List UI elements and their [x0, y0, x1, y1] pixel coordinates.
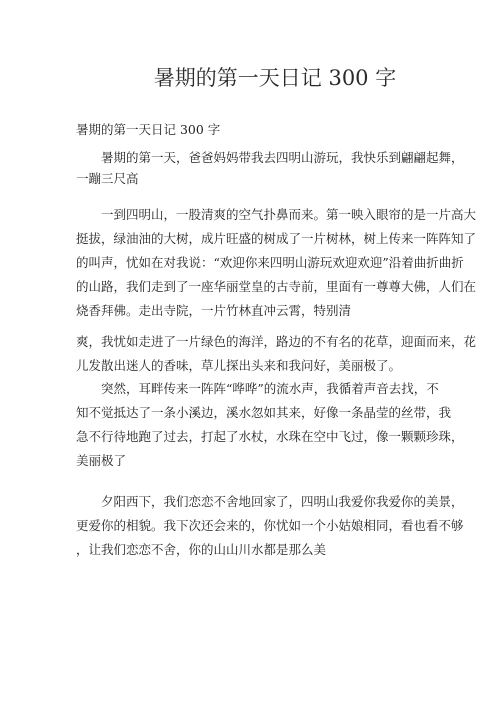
paragraph-line: 急不行待地跑了过去，打起了水杖，水珠在空中飞过，像一颗颗珍珠， — [76, 425, 436, 449]
paragraph-line: 烧香拜佛。走出寺院，一片竹林直冲云霄，特别清 — [76, 299, 436, 323]
paragraph-line: 夕阳西下，我们恋恋不舍地回家了，四明山我爱你我爱你的美景， — [76, 490, 436, 514]
paragraph-line: 更爱你的相貌。我下次还会来的，你忧如一个小姑娘相同，看也看不够 — [76, 514, 436, 538]
paragraph-line: 的叫声，忧如在对我说：“欢迎你来四明山游玩欢迎欢迎”沿着曲折曲折 — [76, 251, 436, 275]
paragraph-3: 爽，我忧如走进了一片绿色的海洋，路边的不有名的花草，迎面而来，花 儿发散出迷人的… — [76, 330, 436, 378]
paragraph-line: 儿发散出迷人的香味，草儿探出头来和我问好，美丽极了。 — [76, 354, 436, 378]
paragraph-1: 暑期的第一天，爸爸妈妈带我去四明山游玩，我快乐到翩翩起舞， 一蹦三尺高 — [76, 146, 436, 191]
paragraph-line: 的山路，我们走到了一座华丽堂皇的古寺前，里面有一尊尊大佛，人们在 — [76, 275, 436, 299]
paragraph-line: 突然，耳畔传来一阵阵“哗哗”的流水声，我循着声音去找，不 — [76, 377, 436, 401]
paragraph-line: 爽，我忧如走进了一片绿色的海洋，路边的不有名的花草，迎面而来，花 — [76, 330, 436, 354]
paragraph-line: 挺拔，绿油油的大树，成片旺盛的树成了一片树林，树上传来一阵阵知了 — [76, 227, 436, 251]
paragraph-line: ，让我们恋恋不舍，你的山山川水都是那么美 — [76, 538, 436, 562]
page-title: 暑期的第一天日记 300 字 — [0, 62, 500, 92]
paragraph-line: 一到四明山，一股清爽的空气扑鼻而来。第一映入眼帘的是一片高大 — [76, 203, 436, 227]
paragraph-4: 突然，耳畔传来一阵阵“哗哗”的流水声，我循着声音去找，不 知不觉抵达了一条小溪边… — [76, 377, 436, 473]
paragraph-line: 知不觉抵达了一条小溪边，溪水忽如其来，好像一条晶莹的丝带，我 — [76, 401, 436, 425]
document-subtitle: 暑期的第一天日记 300 字 — [76, 120, 220, 138]
paragraph-5: 夕阳西下，我们恋恋不舍地回家了，四明山我爱你我爱你的美景， 更爱你的相貌。我下次… — [76, 490, 436, 562]
paragraph-line: 美丽极了 — [76, 449, 436, 473]
paragraph-2: 一到四明山，一股清爽的空气扑鼻而来。第一映入眼帘的是一片高大 挺拔，绿油油的大树… — [76, 203, 436, 323]
paragraph-line: 一蹦三尺高 — [76, 167, 436, 191]
